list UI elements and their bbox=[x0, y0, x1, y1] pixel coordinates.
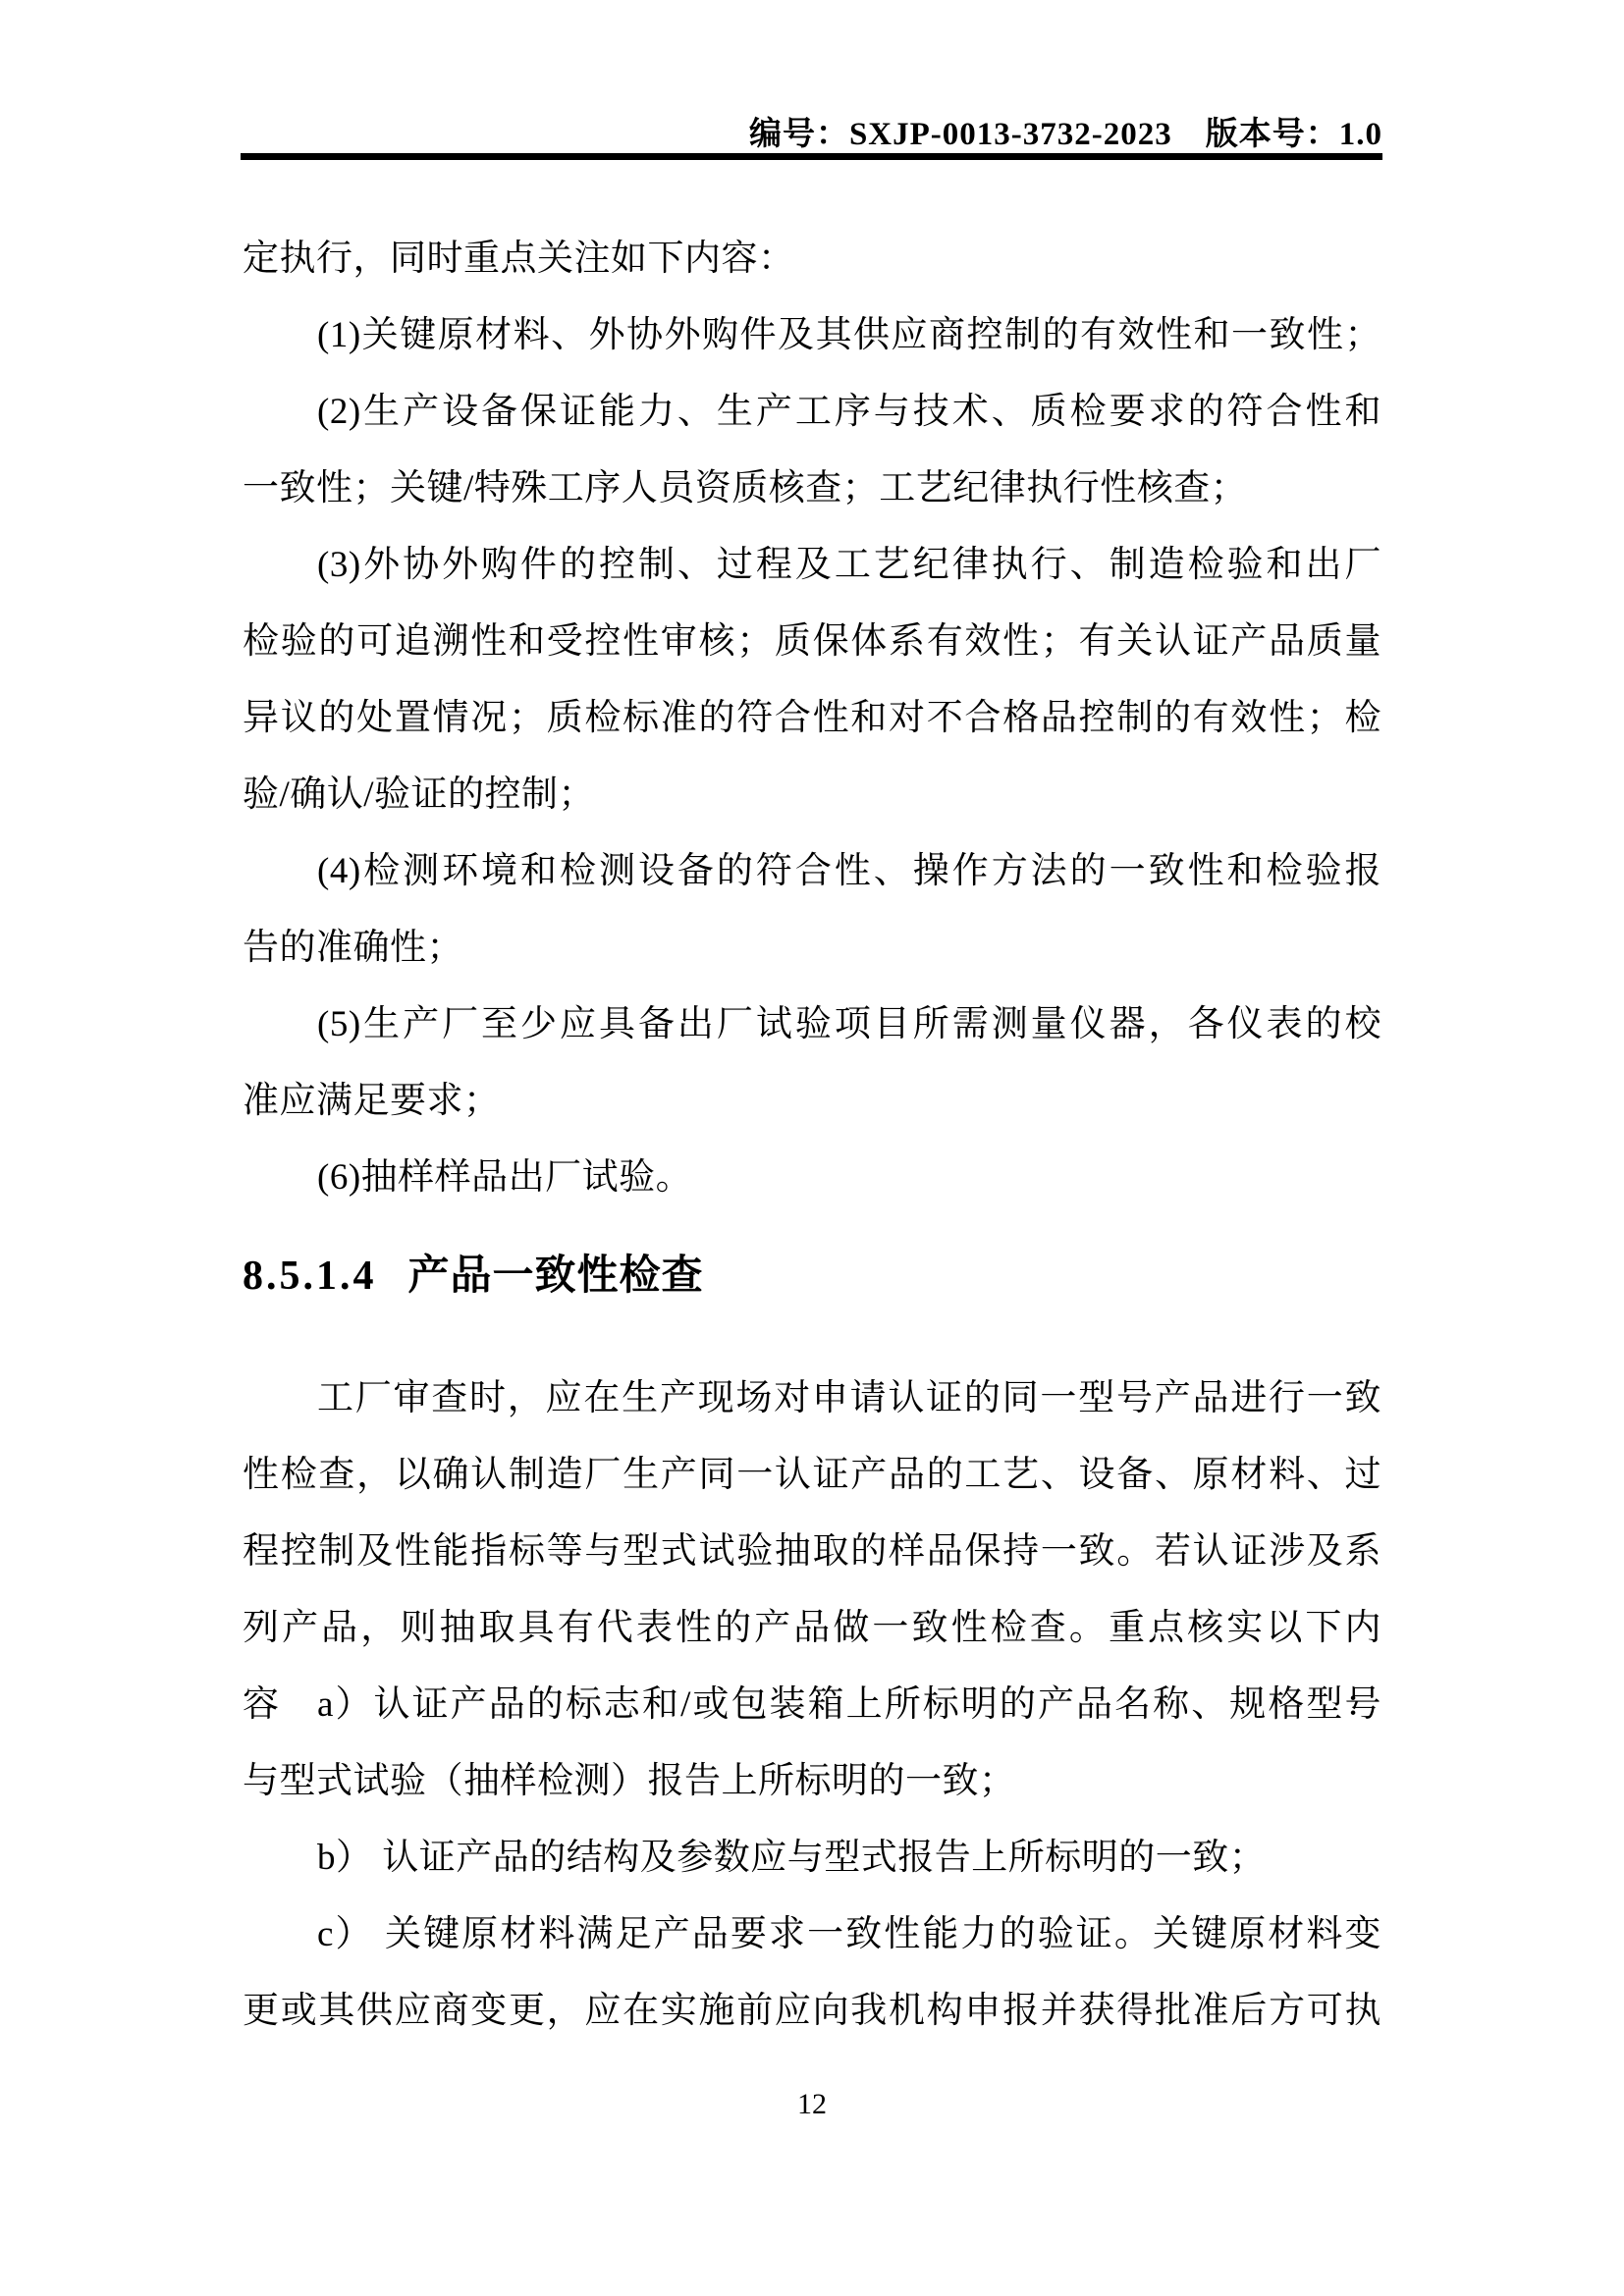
paragraph-line: 更或其供应商变更，应在实施前应向我机构申报并获得批准后方可执 bbox=[243, 1973, 1381, 2050]
paragraph-line: 定执行，同时重点关注如下内容： bbox=[243, 221, 1381, 297]
doc-code-label: 编号： bbox=[749, 117, 849, 152]
paragraph-line: a）认证产品的标志和/或包装箱上所标明的产品名称、规格型号 bbox=[243, 1667, 1381, 1743]
paragraph-line: (3)外协外购件的控制、过程及工艺纪律执行、制造检验和出厂 bbox=[243, 527, 1381, 604]
paragraph-line: (2)生产设备保证能力、生产工序与技术、质检要求的符合性和 bbox=[243, 374, 1381, 451]
document-page: 编号：SXJP-0013-3732-2023版本号：1.0 定执行，同时重点关注… bbox=[0, 0, 1624, 2296]
doc-code-value: SXJP-0013-3732-2023 bbox=[849, 117, 1172, 152]
page-number: 12 bbox=[797, 2088, 827, 2120]
paragraph-line: (6)抽样样品出厂试验。 bbox=[243, 1140, 1381, 1216]
paragraph-line: 异议的处置情况；质检标准的符合性和对不合格品控制的有效性；检 bbox=[243, 680, 1381, 757]
doc-version-value: 1.0 bbox=[1339, 117, 1382, 152]
paragraph-line: 验/确认/验证的控制； bbox=[243, 757, 1381, 833]
paragraph-line: 准应满足要求； bbox=[243, 1063, 1381, 1140]
paragraph-line: (5)生产厂至少应具备出厂试验项目所需测量仪器，各仪表的校 bbox=[243, 987, 1381, 1063]
section-heading: 8.5.1.4产品一致性检查 bbox=[243, 1249, 1381, 1304]
header-divider-rule bbox=[241, 153, 1382, 160]
section-audit-focus: 定执行，同时重点关注如下内容： (1)关键原材料、外协外购件及其供应商控制的有效… bbox=[243, 221, 1381, 1216]
paragraph-line: 检验的可追溯性和受控性审核；质保体系有效性；有关认证产品质量 bbox=[243, 604, 1381, 680]
paragraph-line: 告的准确性； bbox=[243, 910, 1381, 987]
paragraph-line: (4)检测环境和检测设备的符合性、操作方法的一致性和检验报 bbox=[243, 833, 1381, 910]
paragraph-line: 工厂审查时，应在生产现场对申请认证的同一型号产品进行一致 bbox=[243, 1361, 1381, 1437]
page-footer: 12 bbox=[0, 2085, 1624, 2124]
paragraph-line: 性检查，以确认制造厂生产同一认证产品的工艺、设备、原材料、过 bbox=[243, 1437, 1381, 1514]
paragraph-line: 列产品，则抽取具有代表性的产品做一致性检查。重点核实以下内容： bbox=[243, 1590, 1381, 1667]
paragraph-line: b） 认证产品的结构及参数应与型式报告上所标明的一致； bbox=[243, 1820, 1381, 1896]
paragraph-line: 程控制及性能指标等与型式试验抽取的样品保持一致。若认证涉及系 bbox=[243, 1514, 1381, 1590]
section-consistency-check: 工厂审查时，应在生产现场对申请认证的同一型号产品进行一致 性检查，以确认制造厂生… bbox=[243, 1361, 1381, 2050]
paragraph-line: 与型式试验（抽样检测）报告上所标明的一致； bbox=[243, 1743, 1381, 1820]
paragraph-line: 一致性；关键/特殊工序人员资质核查；工艺纪律执行性核查； bbox=[243, 451, 1381, 527]
heading-number: 8.5.1.4 bbox=[243, 1254, 377, 1299]
page-header: 编号：SXJP-0013-3732-2023版本号：1.0 bbox=[241, 108, 1382, 154]
doc-version-label: 版本号： bbox=[1206, 117, 1339, 152]
paragraph-line: (1)关键原材料、外协外购件及其供应商控制的有效性和一致性； bbox=[243, 297, 1381, 374]
paragraph-line: c） 关键原材料满足产品要求一致性能力的验证。关键原材料变 bbox=[243, 1896, 1381, 1973]
heading-title: 产品一致性检查 bbox=[408, 1254, 704, 1299]
